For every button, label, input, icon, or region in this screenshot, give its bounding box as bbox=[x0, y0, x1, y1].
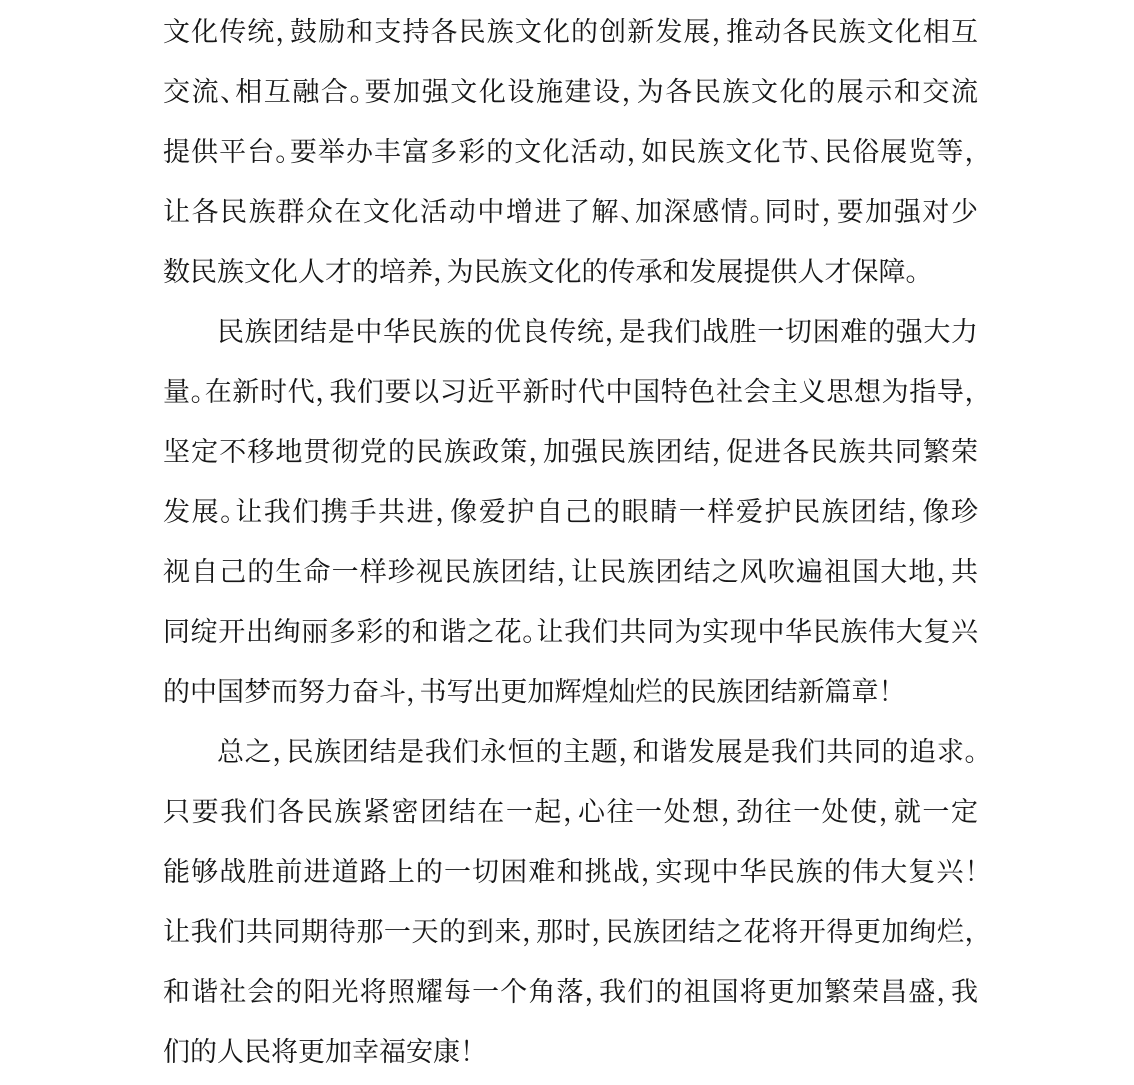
text-line: 能够战胜前进道路上的一切困难和挑战，实现中华民族的伟大复兴！ bbox=[163, 842, 978, 902]
text-line: 量。在新时代，我们要以习近平新时代中国特色社会主义思想为指导， bbox=[163, 362, 978, 422]
text-line: 同绽开出绚丽多彩的和谐之花。让我们共同为实现中华民族伟大复兴 bbox=[163, 602, 978, 662]
text-line: 文化传统，鼓励和支持各民族文化的创新发展，推动各民族文化相互 bbox=[163, 2, 978, 62]
text-line: 和谐社会的阳光将照耀每一个角落，我们的祖国将更加繁荣昌盛，我 bbox=[163, 962, 978, 1022]
text-line: 只要我们各民族紧密团结在一起，心往一处想，劲往一处使，就一定 bbox=[163, 782, 978, 842]
text-line: 让各民族群众在文化活动中增进了解、加深感情。同时，要加强对少 bbox=[163, 182, 978, 242]
text-line: 交流、相互融合。要加强文化设施建设，为各民族文化的展示和交流 bbox=[163, 62, 978, 122]
paragraph: 文化传统，鼓励和支持各民族文化的创新发展，推动各民族文化相互 交流、相互融合。要… bbox=[163, 2, 978, 302]
paragraph: 总之，民族团结是我们永恒的主题，和谐发展是我们共同的追求。 只要我们各民族紧密团… bbox=[163, 722, 978, 1082]
text-line: 提供平台。要举办丰富多彩的文化活动，如民族文化节、民俗展览等， bbox=[163, 122, 978, 182]
text-line: 视自己的生命一样珍视民族团结，让民族团结之风吹遍祖国大地，共 bbox=[163, 542, 978, 602]
paragraph: 民族团结是中华民族的优良传统，是我们战胜一切困难的强大力 量。在新时代，我们要以… bbox=[163, 302, 978, 722]
text-line: 坚定不移地贯彻党的民族政策，加强民族团结，促进各民族共同繁荣 bbox=[163, 422, 978, 482]
document-page: 文化传统，鼓励和支持各民族文化的创新发展，推动各民族文化相互 交流、相互融合。要… bbox=[0, 0, 1134, 1085]
text-line: 数民族文化人才的培养，为民族文化的传承和发展提供人才保障。 bbox=[163, 242, 978, 302]
text-line: 的中国梦而努力奋斗，书写出更加辉煌灿烂的民族团结新篇章！ bbox=[163, 662, 978, 722]
text-line: 让我们共同期待那一天的到来，那时，民族团结之花将开得更加绚烂， bbox=[163, 902, 978, 962]
text-line: 发展。让我们携手共进，像爱护自己的眼睛一样爱护民族团结，像珍 bbox=[163, 482, 978, 542]
text-line: 们的人民将更加幸福安康！ bbox=[163, 1022, 978, 1082]
text-line: 民族团结是中华民族的优良传统，是我们战胜一切困难的强大力 bbox=[163, 302, 978, 362]
text-line: 总之，民族团结是我们永恒的主题，和谐发展是我们共同的追求。 bbox=[163, 722, 978, 782]
